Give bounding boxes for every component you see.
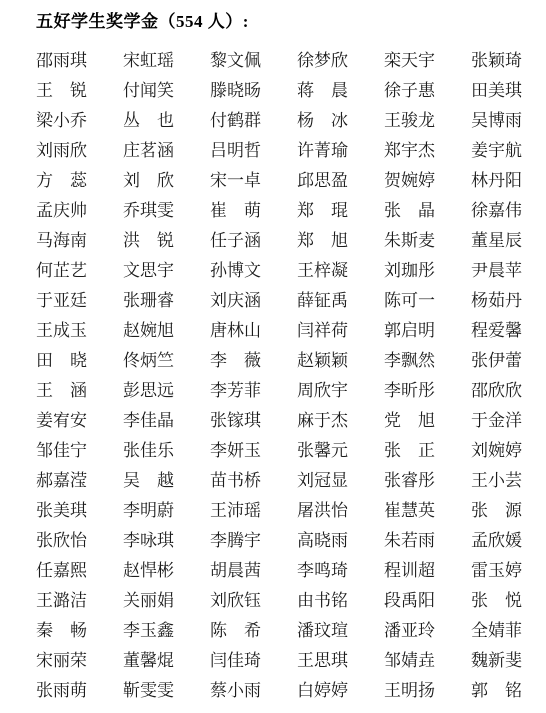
name-cell: 苗书桥 <box>210 466 261 496</box>
name-cell: 屠洪怡 <box>297 496 348 526</box>
name-cell: 张欣怡 <box>36 526 87 556</box>
name-cell: 蔡小雨 <box>210 676 261 706</box>
name-cell: 邵雨琪 <box>36 46 87 76</box>
document-page: 五好学生奖学金（554 人）: 邵雨琪宋虹瑶黎文佩徐梦欣栾天宇张颖琦王 锐付闻笑… <box>0 0 546 713</box>
name-cell: 贺婉婷 <box>384 166 435 196</box>
name-cell: 刘 欣 <box>123 166 174 196</box>
name-cell: 徐梦欣 <box>297 46 348 76</box>
name-cell: 魏新斐 <box>471 646 522 676</box>
name-cell: 任子涵 <box>210 226 261 256</box>
name-cell: 丛 也 <box>123 106 174 136</box>
name-cell: 张佳乐 <box>123 436 174 466</box>
name-cell: 秦 畅 <box>36 616 87 646</box>
name-cell: 郝嘉滢 <box>36 466 87 496</box>
name-cell: 刘欣钰 <box>210 586 261 616</box>
name-cell: 徐嘉伟 <box>471 196 522 226</box>
name-cell: 梁小乔 <box>36 106 87 136</box>
name-cell: 刘庆涵 <box>210 286 261 316</box>
name-cell: 刘珈彤 <box>384 256 435 286</box>
name-cell: 陈 希 <box>210 616 261 646</box>
name-cell: 薛钲禹 <box>297 286 348 316</box>
name-cell: 赵婉旭 <box>123 316 174 346</box>
name-cell: 田美琪 <box>471 76 522 106</box>
name-cell: 关丽娟 <box>123 586 174 616</box>
name-cell: 潘玟瑄 <box>297 616 348 646</box>
name-cell: 方 蕊 <box>36 166 87 196</box>
name-cell: 张馨元 <box>297 436 348 466</box>
name-cell: 姜宇航 <box>471 136 522 166</box>
name-cell: 刘冠显 <box>297 466 348 496</box>
name-cell: 孟庆帅 <box>36 196 87 226</box>
name-cell: 潘亚玲 <box>384 616 435 646</box>
name-cell: 白婷婷 <box>297 676 348 706</box>
name-cell: 张镓琪 <box>210 406 261 436</box>
name-cell: 杨 冰 <box>297 106 348 136</box>
name-cell: 张美琪 <box>36 496 87 526</box>
recipient-name-table: 邵雨琪宋虹瑶黎文佩徐梦欣栾天宇张颖琦王 锐付闻笑滕晓旸蒋 晨徐子惠田美琪梁小乔丛… <box>36 46 522 706</box>
name-cell: 雷玉婷 <box>471 556 522 586</box>
name-cell: 付闻笑 <box>123 76 174 106</box>
name-cell: 郭启明 <box>384 316 435 346</box>
name-cell: 朱斯麦 <box>384 226 435 256</box>
name-cell: 刘雨欣 <box>36 136 87 166</box>
name-cell: 刘婉婷 <box>471 436 522 466</box>
name-cell: 王小芸 <box>471 466 522 496</box>
name-cell: 程训超 <box>384 556 435 586</box>
name-cell: 许菁瑜 <box>297 136 348 166</box>
name-cell: 李腾宇 <box>210 526 261 556</box>
name-cell: 王骏龙 <box>384 106 435 136</box>
name-cell: 王 涵 <box>36 376 87 406</box>
name-cell: 麻于杰 <box>297 406 348 436</box>
name-cell: 王明扬 <box>384 676 435 706</box>
name-cell: 陈可一 <box>384 286 435 316</box>
name-cell: 郑宇杰 <box>384 136 435 166</box>
name-cell: 张 晶 <box>384 196 435 226</box>
name-cell: 文思宇 <box>123 256 174 286</box>
name-cell: 吕明哲 <box>210 136 261 166</box>
name-cell: 林丹阳 <box>471 166 522 196</box>
name-cell: 由书铭 <box>297 586 348 616</box>
name-cell: 杨茹丹 <box>471 286 522 316</box>
name-cell: 张伊蕾 <box>471 346 522 376</box>
name-cell: 程爱馨 <box>471 316 522 346</box>
name-cell: 李佳晶 <box>123 406 174 436</box>
name-cell: 李妍玉 <box>210 436 261 466</box>
name-cell: 郑 旭 <box>297 226 348 256</box>
name-cell: 宋丽荣 <box>36 646 87 676</box>
name-cell: 尹晨苹 <box>471 256 522 286</box>
name-cell: 邵欣欣 <box>471 376 522 406</box>
name-cell: 吴博雨 <box>471 106 522 136</box>
name-cell: 黎文佩 <box>210 46 261 76</box>
name-cell: 滕晓旸 <box>210 76 261 106</box>
name-cell: 宋虹瑶 <box>123 46 174 76</box>
name-cell: 洪 锐 <box>123 226 174 256</box>
name-cell: 王成玉 <box>36 316 87 346</box>
name-cell: 栾天宇 <box>384 46 435 76</box>
name-cell: 庄茗涵 <box>123 136 174 166</box>
name-cell: 宋一卓 <box>210 166 261 196</box>
name-cell: 赵颖颖 <box>297 346 348 376</box>
name-cell: 李鸣琦 <box>297 556 348 586</box>
name-cell: 郭 铭 <box>471 676 522 706</box>
name-cell: 党 旭 <box>384 406 435 436</box>
name-cell: 郑 琨 <box>297 196 348 226</box>
name-cell: 王沛瑶 <box>210 496 261 526</box>
name-cell: 徐子惠 <box>384 76 435 106</box>
name-cell: 张 悦 <box>471 586 522 616</box>
name-cell: 张 正 <box>384 436 435 466</box>
name-cell: 李芳菲 <box>210 376 261 406</box>
name-cell: 张珊睿 <box>123 286 174 316</box>
name-cell: 李 薇 <box>210 346 261 376</box>
name-cell: 胡晨茜 <box>210 556 261 586</box>
name-cell: 何芷艺 <box>36 256 87 286</box>
name-cell: 佟炳竺 <box>123 346 174 376</box>
name-cell: 任嘉熙 <box>36 556 87 586</box>
name-cell: 于金洋 <box>471 406 522 436</box>
name-cell: 李玉鑫 <box>123 616 174 646</box>
name-cell: 董馨焜 <box>123 646 174 676</box>
name-cell: 段禹阳 <box>384 586 435 616</box>
name-cell: 董星辰 <box>471 226 522 256</box>
name-cell: 邱思盈 <box>297 166 348 196</box>
name-cell: 周欣宇 <box>297 376 348 406</box>
scholarship-section-title: 五好学生奖学金（554 人）: <box>36 12 522 32</box>
name-cell: 全婧菲 <box>471 616 522 646</box>
name-cell: 姜宥安 <box>36 406 87 436</box>
name-cell: 靳雯雯 <box>123 676 174 706</box>
name-cell: 唐林山 <box>210 316 261 346</box>
name-cell: 蒋 晨 <box>297 76 348 106</box>
name-cell: 闫佳琦 <box>210 646 261 676</box>
name-cell: 李飘然 <box>384 346 435 376</box>
name-cell: 王思琪 <box>297 646 348 676</box>
name-cell: 张 源 <box>471 496 522 526</box>
name-cell: 朱若雨 <box>384 526 435 556</box>
name-cell: 张睿彤 <box>384 466 435 496</box>
name-cell: 孙博文 <box>210 256 261 286</box>
name-cell: 彭思远 <box>123 376 174 406</box>
name-cell: 张颖琦 <box>471 46 522 76</box>
name-cell: 李明蔚 <box>123 496 174 526</box>
name-cell: 田 晓 <box>36 346 87 376</box>
name-cell: 乔琪雯 <box>123 196 174 226</box>
name-cell: 邹婧垚 <box>384 646 435 676</box>
name-cell: 马海南 <box>36 226 87 256</box>
name-cell: 付鹤群 <box>210 106 261 136</box>
name-cell: 于亚廷 <box>36 286 87 316</box>
name-cell: 张雨萌 <box>36 676 87 706</box>
name-cell: 吴 越 <box>123 466 174 496</box>
name-cell: 高晓雨 <box>297 526 348 556</box>
name-cell: 李咏琪 <box>123 526 174 556</box>
name-cell: 赵悍彬 <box>123 556 174 586</box>
name-cell: 李昕彤 <box>384 376 435 406</box>
name-cell: 王 锐 <box>36 76 87 106</box>
name-cell: 王潞洁 <box>36 586 87 616</box>
name-cell: 崔慧英 <box>384 496 435 526</box>
name-cell: 闫祥荷 <box>297 316 348 346</box>
name-cell: 邹佳宁 <box>36 436 87 466</box>
name-cell: 王梓凝 <box>297 256 348 286</box>
name-cell: 孟欣媛 <box>471 526 522 556</box>
name-cell: 崔 萌 <box>210 196 261 226</box>
